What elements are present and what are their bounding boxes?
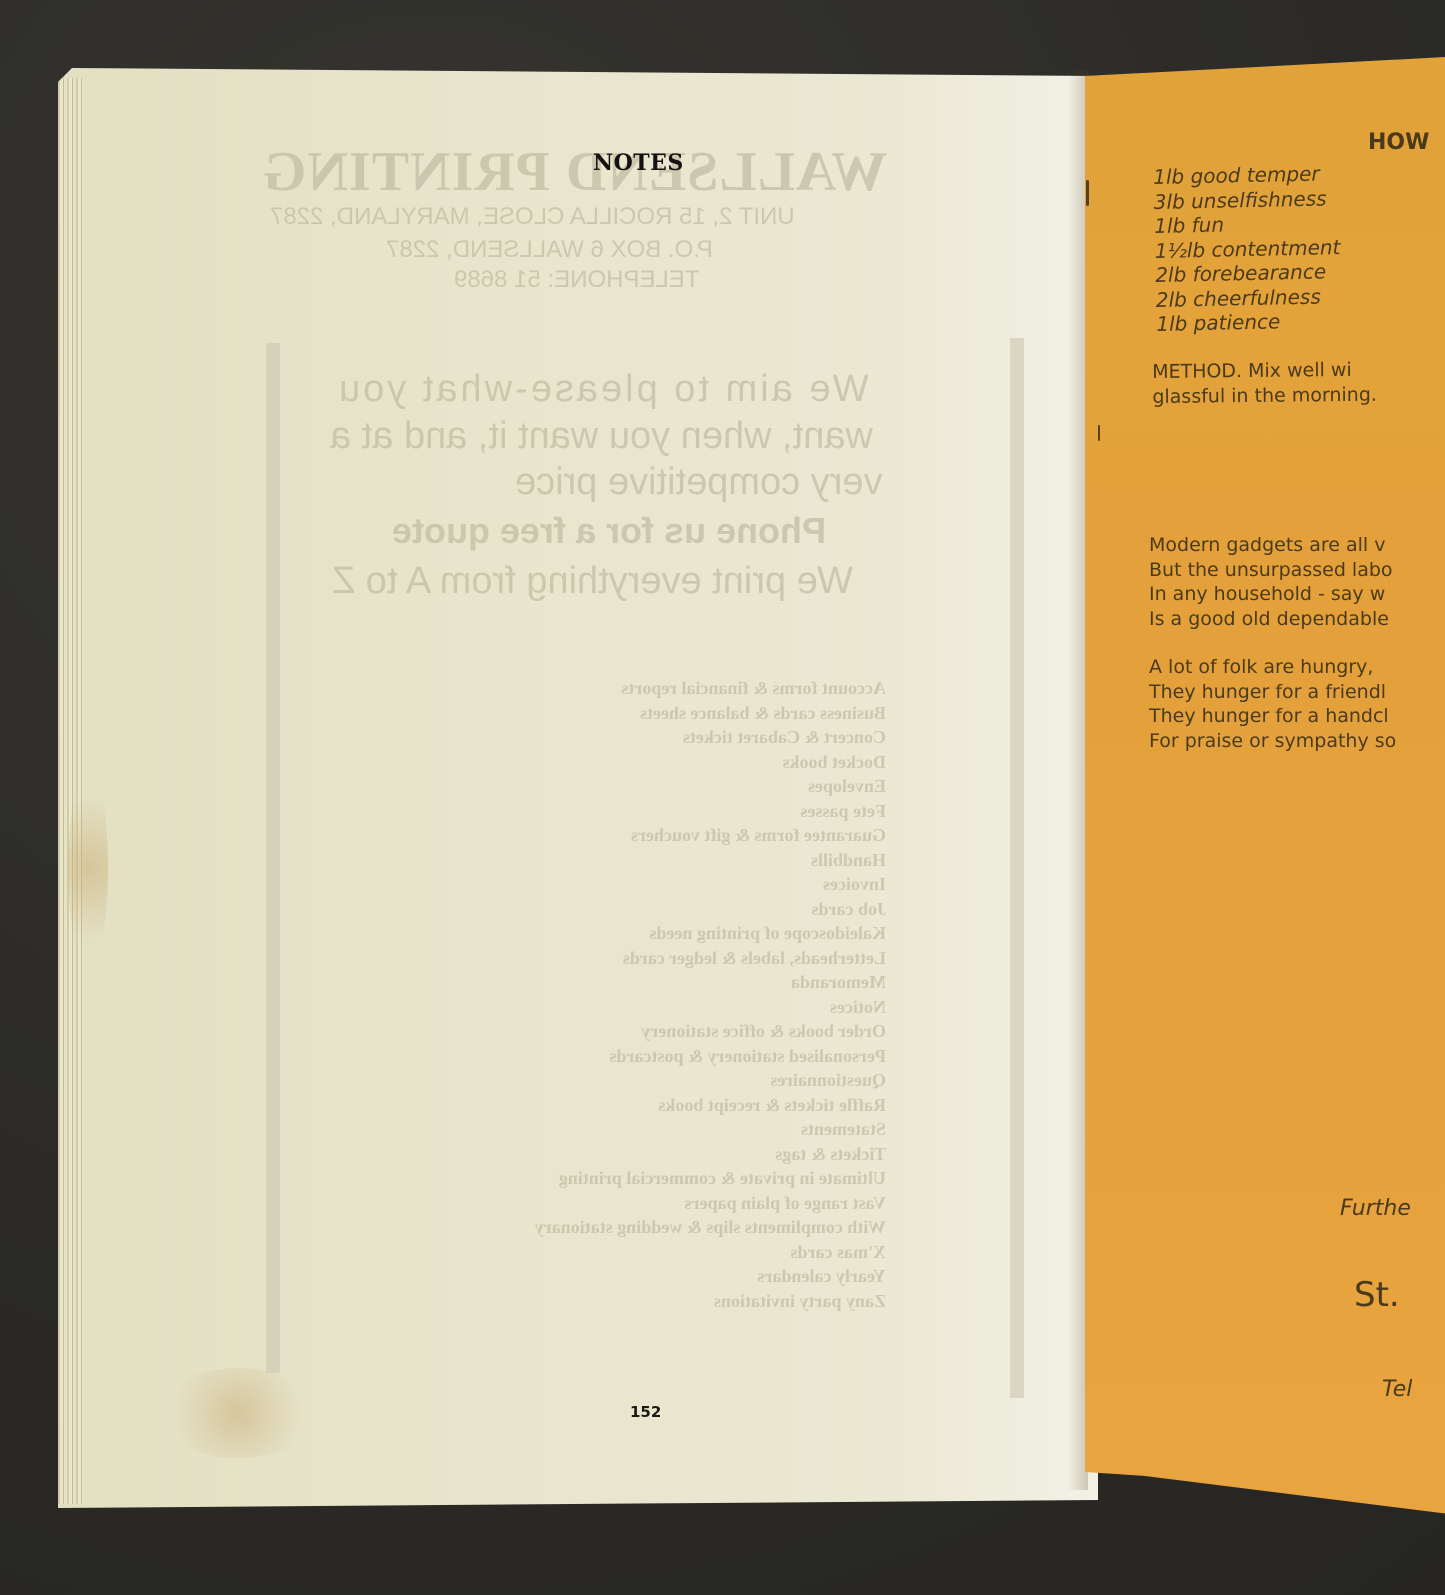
bleed-address-1: UNIT 2, 15 ROCILLA CLOSE, MARYLAND, 2287: [270, 203, 795, 231]
page-tear-mark: [1086, 180, 1089, 206]
bleed-slogan: We aim to please-what you: [336, 368, 869, 411]
bleed-telephone: TELEPHONE: 51 8689: [454, 266, 699, 294]
stain: [158, 1368, 318, 1458]
ingredient-list: 1lb good temper 3lb unselfishness 1lb fu…: [1153, 161, 1342, 336]
ingredient-item: 1lb good temper: [1153, 161, 1339, 189]
method-text: METHOD. Mix well wi glassful in the morn…: [1152, 358, 1377, 410]
poem-stanza: Modern gadgets are all v But the unsurpa…: [1149, 533, 1396, 631]
ingredient-item: 2lb cheerfulness: [1156, 284, 1342, 312]
poem-stanza: A lot of folk are hungry, They hunger fo…: [1149, 655, 1396, 753]
telephone-label: Tel: [1382, 1377, 1412, 1402]
stain: [68, 768, 108, 968]
further-text: Furthe: [1340, 1196, 1411, 1221]
poem-line: Is a good old dependable: [1149, 607, 1396, 632]
page-title: NOTES: [593, 150, 684, 176]
poem-line: They hunger for a friendl: [1149, 680, 1396, 705]
recipe-heading: HOW: [1368, 130, 1429, 155]
bleed-slogan: very competitive price: [515, 461, 882, 504]
ingredient-item: 1lb patience: [1156, 308, 1342, 336]
bleed-slogan: Phone us for a free quote: [392, 510, 826, 552]
poem-line: A lot of folk are hungry,: [1149, 655, 1396, 680]
method-line: glassful in the morning.: [1152, 383, 1377, 410]
ingredient-item: 2lb forebearance: [1155, 259, 1341, 287]
church-name: St.: [1354, 1275, 1400, 1315]
bleed-slogan: want, when you want it, and at a: [330, 415, 873, 458]
page-tear-mark: [1098, 425, 1100, 441]
poem: Modern gadgets are all v But the unsurpa…: [1149, 533, 1396, 777]
poem-line: They hunger for a handcl: [1149, 704, 1396, 729]
bleed-services-list: Account forms & financial reports Busine…: [380, 676, 886, 1313]
poem-line: But the unsurpassed labo: [1149, 558, 1396, 583]
poem-line: For praise or sympathy so: [1149, 729, 1396, 754]
bleed-address-2: P.O. BOX 6 WALLSEND, 2287: [386, 236, 713, 264]
poem-line: In any household - say w: [1149, 582, 1396, 607]
bleed-slogan: We print everything from A to Z: [332, 560, 853, 603]
poem-line: Modern gadgets are all v: [1149, 533, 1396, 558]
ingredient-item: 3lb unselfishness: [1154, 186, 1340, 214]
bleed-vertical-rule: [1010, 338, 1024, 1398]
method-line: METHOD. Mix well wi: [1152, 358, 1377, 385]
bleed-vertical-rule: [266, 343, 280, 1373]
page-number: 152: [630, 1403, 661, 1421]
bleed-header: WALLSEND PRINTING: [262, 140, 887, 204]
